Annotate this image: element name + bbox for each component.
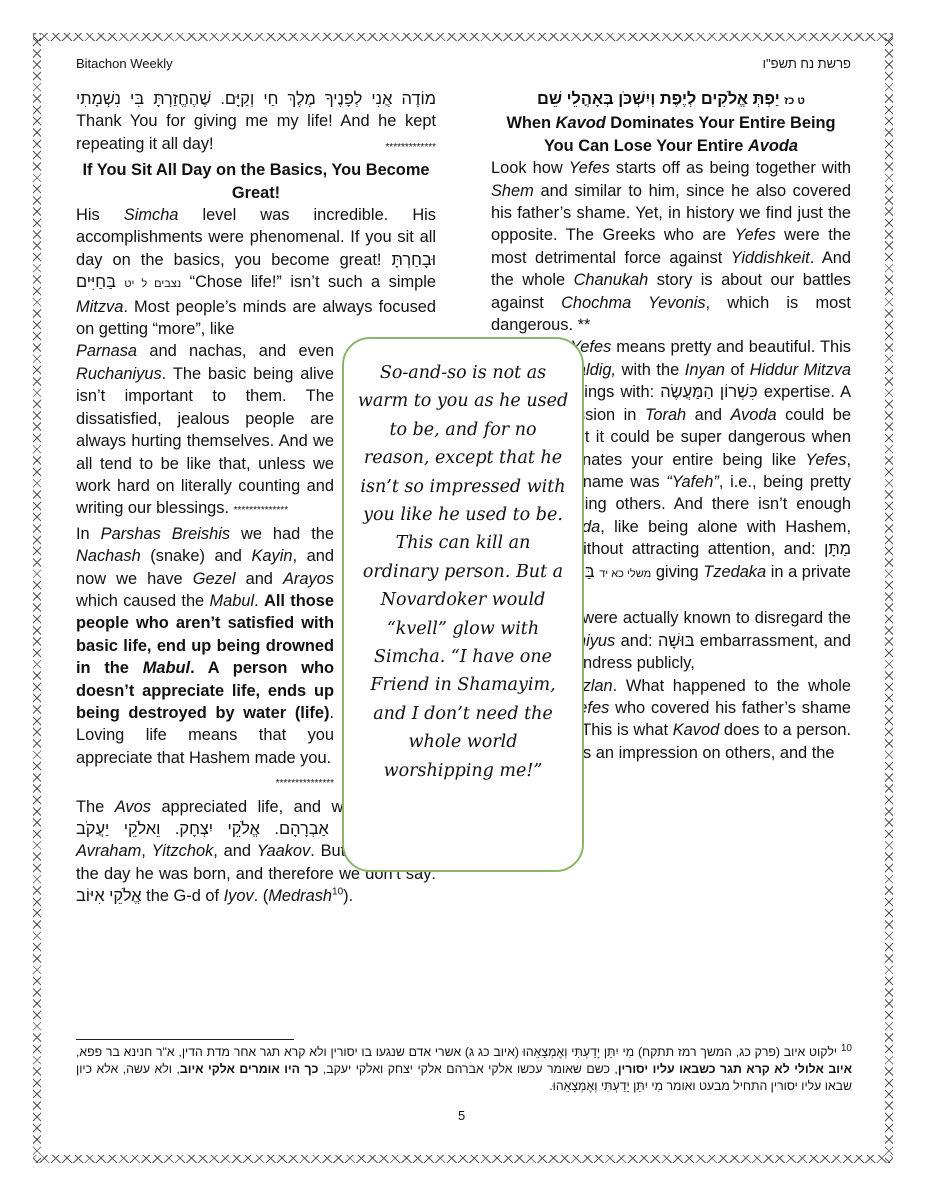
footnote-divider xyxy=(76,1039,294,1040)
section-separator: *************** xyxy=(276,773,334,795)
hebrew-verse: יַפְתְּ אֱלֹקִים לְיֶפֶת וְיִשְׁכֹּן בְּ… xyxy=(537,90,780,108)
hebrew-phrase: אֱלֹקֵי אִיּוֹב xyxy=(76,887,142,905)
footnote: 10 ילקוט איוב (פרק כג, המשך רמז תתקח) מִ… xyxy=(76,1044,852,1095)
paragraph-simcha: His Simcha level was incredible. His acc… xyxy=(76,204,436,340)
hebrew-phrase: בּוּשָׁה xyxy=(658,632,694,650)
section-heading: If You Sit All Day on the Basics, You Be… xyxy=(76,159,436,204)
paragraph-yefes: Look how Yefes starts off as being toget… xyxy=(491,157,851,336)
parsha-title: פרשת נח תשפ"ו xyxy=(763,56,851,71)
footnote-ref[interactable]: 10 xyxy=(332,887,343,898)
verse-heading: יַפְתְּ אֱלֹקִים לְיֶפֶת וְיִשְׁכֹּן בְּ… xyxy=(491,88,851,112)
section-separator: ************** xyxy=(234,505,288,516)
pull-quote-box: So-and-so is not as warm to you as he us… xyxy=(342,337,584,872)
section-separator: ************* xyxy=(385,137,436,159)
publication-title: Bitachon Weekly xyxy=(76,56,173,71)
paragraph-modeh-ani: מוֹדֶה אֲנִי לְפָנֶיךָ מֶלֶךְ חַי וְקַיָ… xyxy=(76,88,436,155)
hebrew-quote: מוֹדֶה אֲנִי לְפָנֶיךָ מֶלֶךְ חַי וְקַיָ… xyxy=(76,88,436,110)
hebrew-phrase: כִּשְׁרוֹן הַמַּעֲשֶׂה xyxy=(660,383,757,401)
pull-quote-text: So-and-so is not as warm to you as he us… xyxy=(358,363,568,781)
section-heading: When Kavod Dominates Your Entire Being Y… xyxy=(491,112,851,157)
hebrew-source: משלי כא יד xyxy=(599,568,651,580)
footnote-number: 10 xyxy=(841,1043,852,1054)
hebrew-source: נצבים ל יט xyxy=(124,278,181,290)
verse-source: ט כז xyxy=(784,95,805,107)
page-number: 5 xyxy=(458,1108,465,1123)
paragraph-mabul: In Parshas Breishis we had the Nachash (… xyxy=(76,523,334,769)
paragraph-narrow-1: Parnasa and nachas, and even Ruchaniyus.… xyxy=(76,340,334,522)
